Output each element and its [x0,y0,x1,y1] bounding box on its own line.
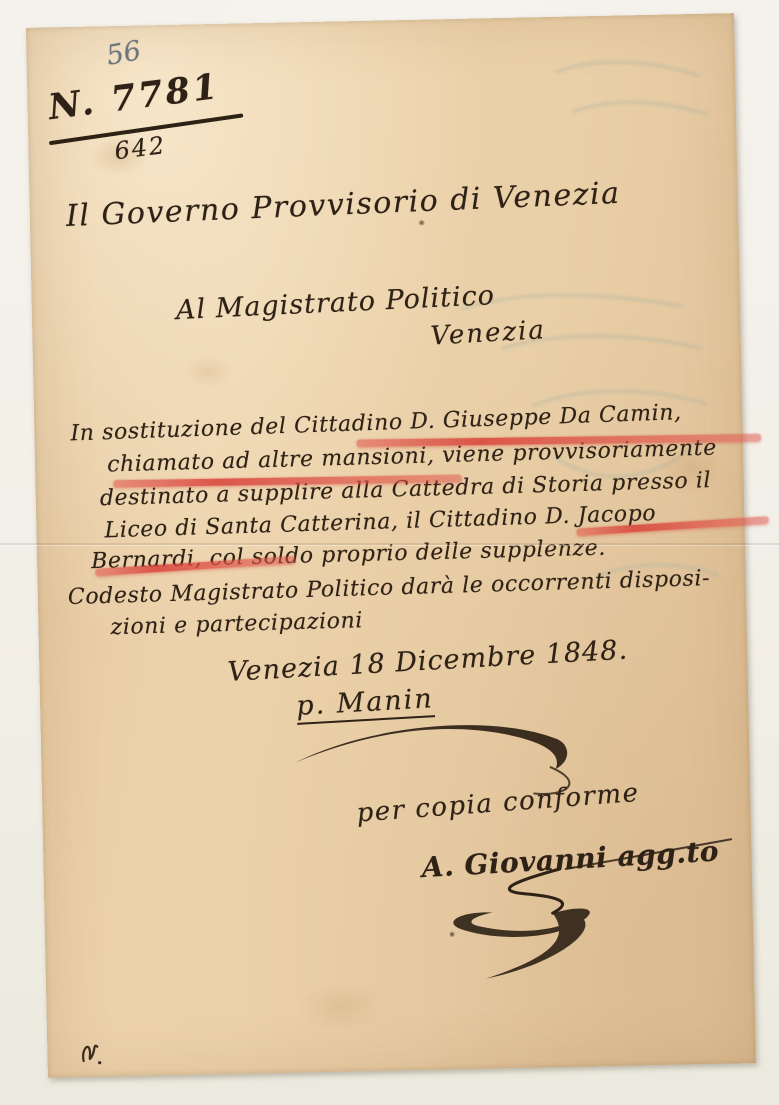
body-line: zioni e partecipazioni [110,608,363,640]
protocol-number: N. 7781 [46,66,222,128]
recipient-city: Venezia [430,315,547,351]
body-line: Codesto Magistrato Politico darà le occo… [68,566,711,610]
recipient-line: Al Magistrato Politico [175,280,495,326]
fold-crease [0,543,779,545]
protocol-subnumber: 642 [113,131,168,165]
dateline: Venezia 18 Dicembre 1848. [227,635,629,688]
signature-rubric-flourish [432,863,644,987]
archival-pencil-number: 56 [104,35,143,72]
foxing-stain [296,981,387,1033]
document-scan: 56 N. 7781 642 Il Governo Provvisorio di… [0,0,779,1105]
foxing-stain [183,354,234,389]
protocol-number-block: N. 7781 642 [42,59,284,197]
corner-ink-mark [77,1035,108,1072]
ink-speck [418,220,425,226]
paper-sheet: 56 N. 7781 642 Il Governo Provvisorio di… [26,13,756,1078]
